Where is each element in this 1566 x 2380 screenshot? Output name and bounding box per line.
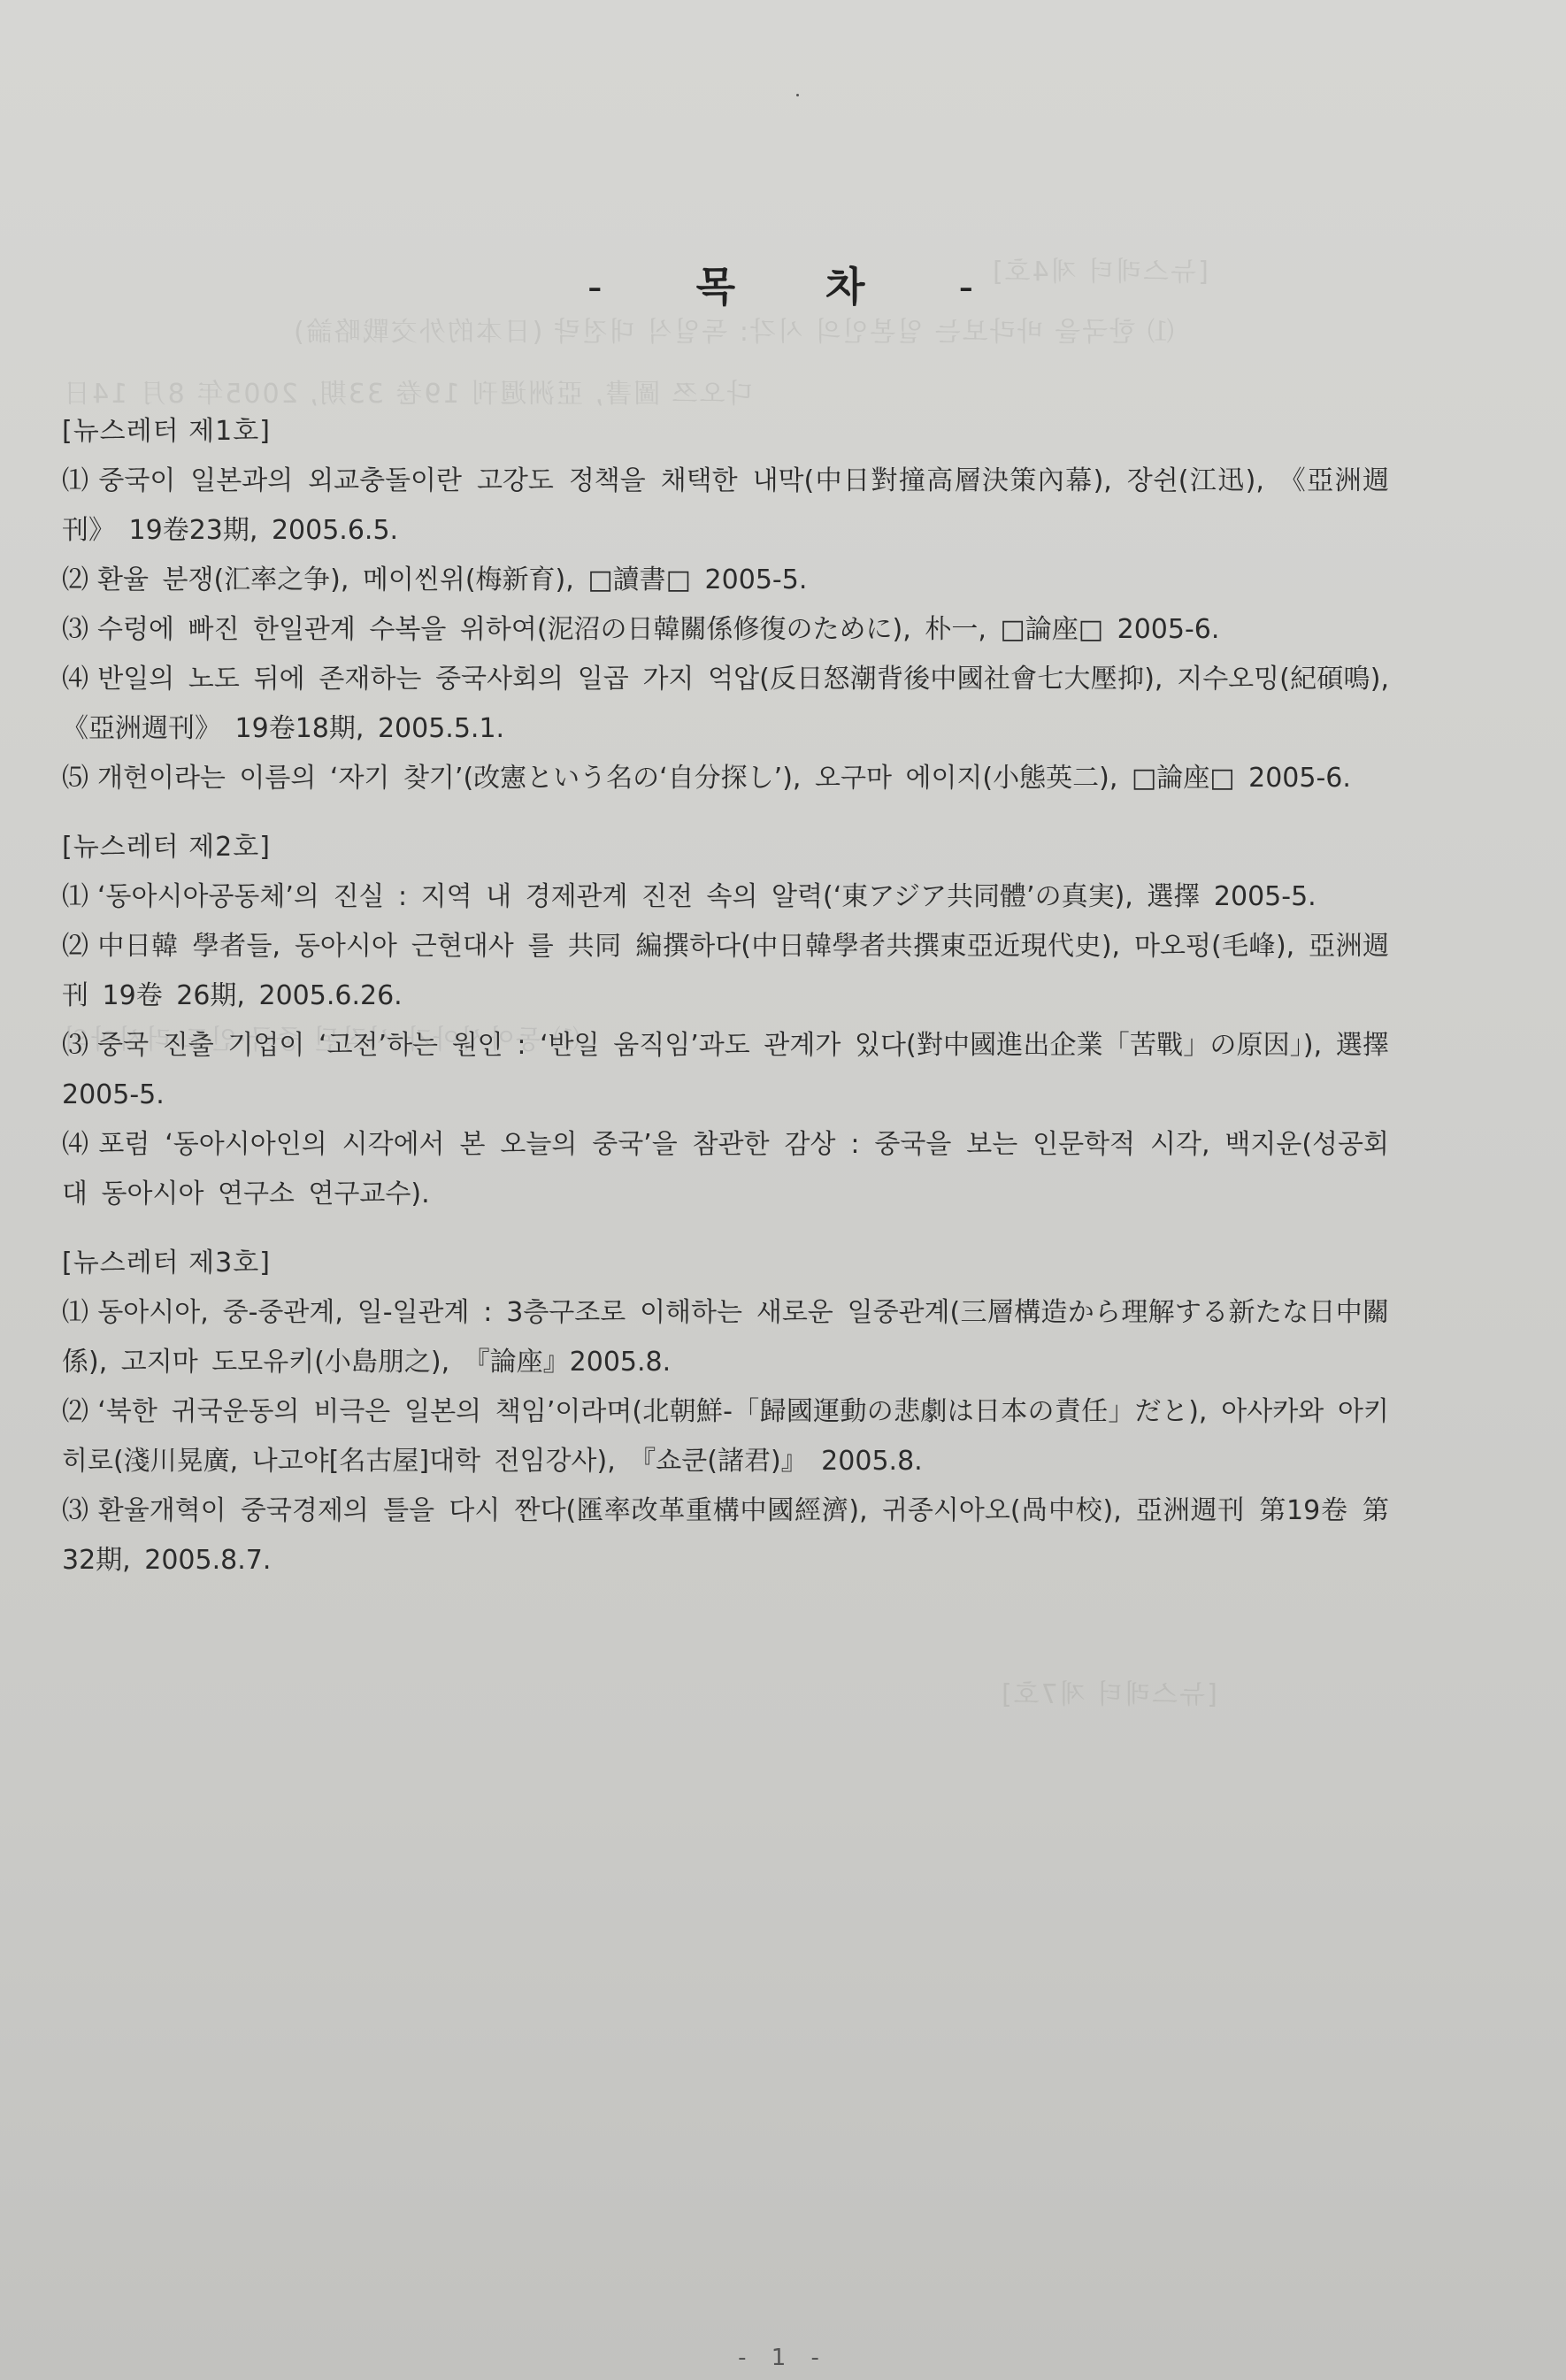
entry-text: 동아시아, 중-중관계, 일-일관계 : 3층구조로 이해하는 새로운 일중관계… — [62, 1297, 1389, 1378]
entry-text: 중국 진출 기업이 ‘고전’하는 원인 : ‘반일 움직임’과도 관계가 있다(… — [62, 1030, 1389, 1110]
entry-text: 환율개혁이 중국경제의 틀을 다시 짠다(匯率改革重構中國經濟), 귀종시아오(… — [62, 1495, 1389, 1576]
speck-mark — [796, 94, 799, 96]
entry-text: 수렁에 빠진 한일관계 수복을 위하여(泥沼の日韓關係修復のために), 朴一, … — [97, 614, 1219, 645]
entry-number: ⑴ — [62, 465, 89, 496]
entry-number: ⑶ — [62, 1495, 89, 1526]
toc-entry: ⑶환율개혁이 중국경제의 틀을 다시 짠다(匯率改革重構中國經濟), 귀종시아오… — [62, 1486, 1389, 1585]
entry-text: 환율 분쟁(汇率之争), 메이씬위(梅新育), □讀書□ 2005-5. — [97, 564, 807, 595]
section-heading: [뉴스레터 제1호] — [62, 407, 1389, 457]
document-page: [뉴스레터 제4호] ⑴ 한국을 바라보는 일본인의 시각: 독일식 대전략 (… — [0, 0, 1566, 2380]
entry-text: 포럼 ‘동아시아인의 시각에서 본 오늘의 중국’을 참관한 감상 : 중국을 … — [62, 1129, 1389, 1209]
table-of-contents: [뉴스레터 제1호] ⑴중국이 일본과의 외교충돌이란 고강도 정책을 채택한 … — [62, 407, 1389, 1605]
entry-number: ⑶ — [62, 1030, 88, 1061]
title-dash-right: - — [958, 263, 979, 311]
entry-text: 반일의 노도 뒤에 존재하는 중국사회의 일곱 가지 억압(反日怒潮背後中國社會… — [62, 664, 1389, 744]
entry-number: ⑵ — [62, 1396, 88, 1427]
entry-text: 中日韓 學者들, 동아시아 근현대사 를 共同 編撰하다(中日韓學者共撰東亞近現… — [62, 931, 1389, 1011]
bleed-through-text: [뉴스레터 제7호] — [1000, 1672, 1217, 1711]
toc-entry: ⑴‘동아시아공동체’의 진실 : 지역 내 경제관계 진전 속의 알력(‘東アジ… — [62, 872, 1389, 922]
toc-entry: ⑵환율 분쟁(汇率之争), 메이씬위(梅新育), □讀書□ 2005-5. — [62, 556, 1389, 605]
toc-entry: ⑴중국이 일본과의 외교충돌이란 고강도 정책을 채택한 내막(中日對撞高層決策… — [62, 457, 1389, 556]
title-char-2: 차 — [825, 255, 870, 313]
entry-number: ⑷ — [62, 664, 88, 695]
bleed-through-text: ⑴ 한국을 바라보는 일본인의 시각: 독일식 대전략 (日本的外交戰略論) — [292, 310, 1174, 349]
entry-number: ⑵ — [62, 931, 88, 962]
toc-entry: ⑷포럼 ‘동아시아인의 시각에서 본 오늘의 중국’을 참관한 감상 : 중국을… — [62, 1120, 1389, 1219]
toc-entry: ⑵中日韓 學者들, 동아시아 근현대사 를 共同 編撰하다(中日韓學者共撰東亞近… — [62, 922, 1389, 1021]
toc-entry: ⑶중국 진출 기업이 ‘고전’하는 원인 : ‘반일 움직임’과도 관계가 있다… — [62, 1021, 1389, 1120]
entry-number: ⑶ — [62, 614, 88, 645]
entry-number: ⑴ — [62, 881, 88, 912]
entry-text: 중국이 일본과의 외교충돌이란 고강도 정책을 채택한 내막(中日對撞高層決策內… — [62, 465, 1389, 546]
entry-text: ‘북한 귀국운동의 비극은 일본의 책임’이라며(北朝鮮-「歸國運動の悲劇は日本… — [62, 1396, 1389, 1477]
newsletter-section-2: [뉴스레터 제2호] ⑴‘동아시아공동체’의 진실 : 지역 내 경제관계 진전… — [62, 823, 1389, 1219]
toc-entry: ⑷반일의 노도 뒤에 존재하는 중국사회의 일곱 가지 억압(反日怒潮背後中國社… — [62, 655, 1389, 754]
toc-entry: ⑴동아시아, 중-중관계, 일-일관계 : 3층구조로 이해하는 새로운 일중관… — [62, 1288, 1389, 1387]
toc-entry: ⑵‘북한 귀국운동의 비극은 일본의 책임’이라며(北朝鮮-「歸國運動の悲劇は日… — [62, 1387, 1389, 1486]
entry-number: ⑸ — [62, 763, 88, 794]
entry-number: ⑷ — [62, 1129, 89, 1160]
newsletter-section-1: [뉴스레터 제1호] ⑴중국이 일본과의 외교충돌이란 고강도 정책을 채택한 … — [62, 407, 1389, 803]
toc-entry: ⑸개헌이라는 이름의 ‘자기 찾기’(改憲という名の‘自分探し’), 오구마 에… — [62, 754, 1389, 803]
entry-number: ⑵ — [62, 564, 88, 595]
title-dash-left: - — [587, 263, 608, 311]
toc-entry: ⑶수렁에 빠진 한일관계 수복을 위하여(泥沼の日韓關係修復のために), 朴一,… — [62, 605, 1389, 655]
section-heading: [뉴스레터 제2호] — [62, 823, 1389, 872]
page-number: - 1 - — [0, 2345, 1566, 2371]
section-heading: [뉴스레터 제3호] — [62, 1239, 1389, 1288]
title-char-1: 목 — [696, 255, 741, 313]
entry-number: ⑴ — [62, 1297, 88, 1328]
entry-text: 개헌이라는 이름의 ‘자기 찾기’(改憲という名の‘自分探し’), 오구마 에이… — [97, 763, 1351, 794]
bleed-through-text: 다오쯔 圖書, 亞洲週刊 19卷 33期, 2005年 8月 14日 — [62, 372, 753, 411]
page-title: -목차- — [0, 255, 1566, 313]
entry-text: ‘동아시아공동체’의 진실 : 지역 내 경제관계 진전 속의 알력(‘東アジア… — [97, 881, 1317, 912]
newsletter-section-3: [뉴스레터 제3호] ⑴동아시아, 중-중관계, 일-일관계 : 3층구조로 이… — [62, 1239, 1389, 1585]
